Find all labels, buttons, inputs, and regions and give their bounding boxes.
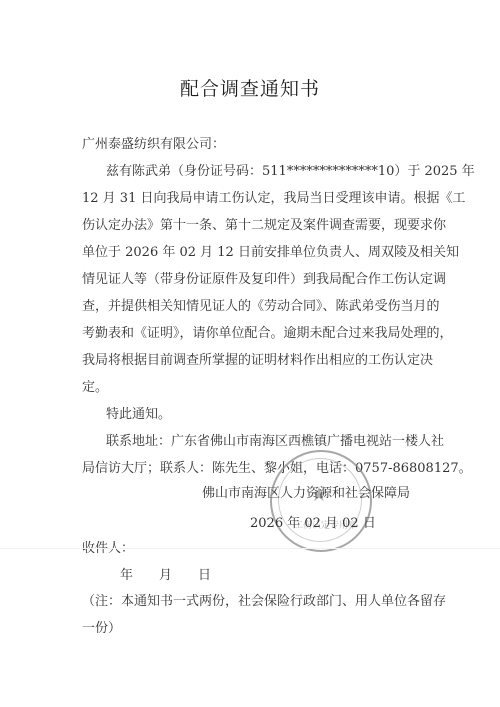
recipient: 广州泰盛纺织有限公司：: [82, 133, 225, 152]
body-line: 伤认定办法》第十一条、第十二规定及案件调查需要，现要求你: [82, 214, 414, 233]
contact-line: 联系地址：广东省佛山市南海区西樵镇广播电视站一楼人社: [106, 430, 414, 449]
note-line: （注：本通知书一式两份，社会保险行政部门、用人单位各留存: [82, 590, 416, 609]
issuer-name: 佛山市南海区人力资源和社会保障局: [202, 482, 410, 501]
body-line: 查，并提供相关知情见证人的《劳动合同》、陈武弟受伤当月的: [82, 295, 414, 314]
body-line: 单位于 2026 年 02 月 12 日前安排单位负责人、周双陵及相关知: [82, 241, 414, 260]
receiver-label: 收件人：: [82, 537, 134, 556]
body-line: 定。: [82, 376, 108, 395]
issue-date: 2026 年 02 月 02 日: [250, 512, 376, 531]
divider: [0, 548, 500, 549]
closing-text: 特此通知。: [106, 403, 171, 422]
official-seal: ★ 工伤认定专用章: [270, 450, 372, 552]
receiver-date: 年 月 日: [120, 564, 211, 583]
body-line: 兹有陈武弟（身份证号码：511**************10）于 2025 年: [106, 160, 414, 179]
document-title: 配合调查通知书: [0, 74, 500, 101]
body-line: 情见证人等（带身份证原件及复印件）到我局配合作工伤认定调: [82, 268, 414, 287]
body-line: 考勤表和《证明》，请你单位配合。逾期未配合过来我局处理的，: [82, 322, 414, 341]
body-line: 12 月 31 日向我局申请工伤认定，我局当日受理该申请。根据《工: [82, 187, 414, 206]
note-line: 一份）: [82, 617, 121, 636]
body-line: 我局将根据目前调查所掌握的证明材料作出相应的工伤认定决: [82, 349, 414, 368]
